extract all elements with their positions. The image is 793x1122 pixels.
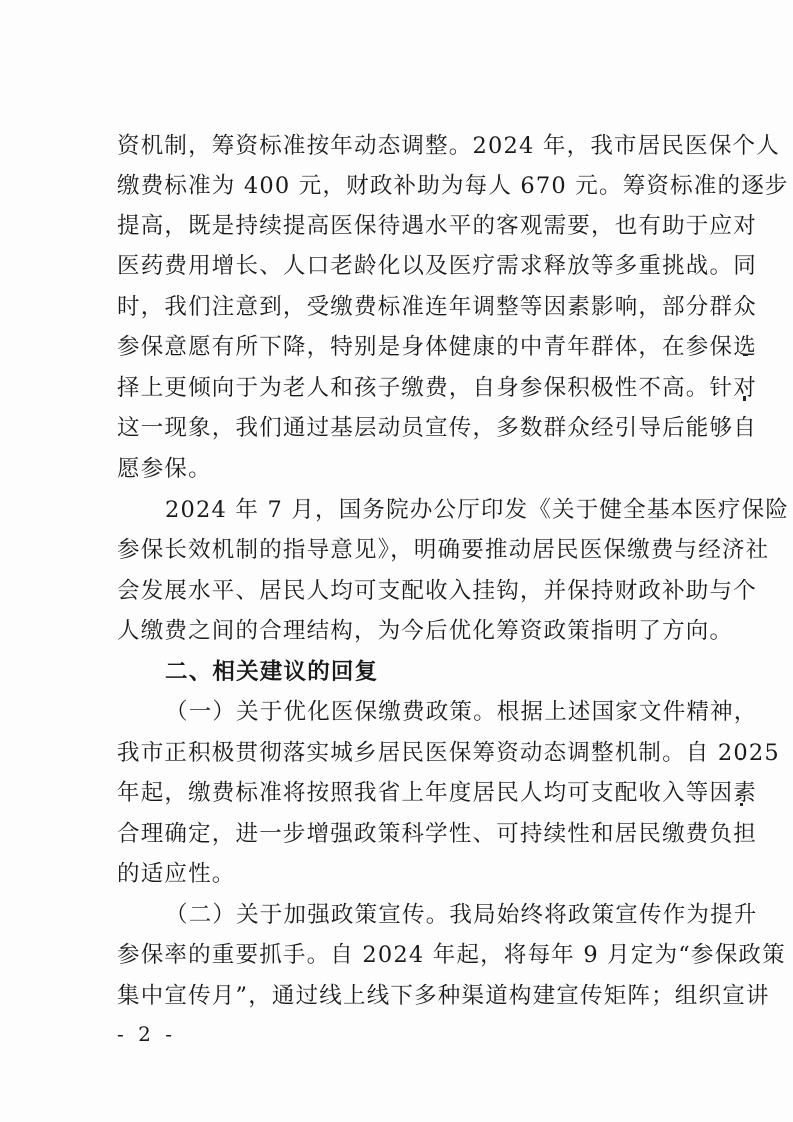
paragraph-line: 人缴费之间的合理结构，为今后优化筹资政策指明了方向。 — [117, 611, 702, 651]
paragraph-line: 参保率的重要抓手。自 2024 年起，将每年 9 月定为“参保政策 — [117, 935, 702, 975]
paragraph-line: 会发展水平、居民人均可支配收入挂钩，并保持财政补助与个 — [117, 571, 702, 611]
paragraph-line: 合理确定，进一步增强政策科学性、可持续性和居民缴费负担 — [117, 814, 702, 854]
paragraph-line: 缴费标准为 400 元，财政补助为每人 670 元。筹资标准的逐步 — [117, 166, 702, 206]
paragraph-line: 提高，既是持续提高医保待遇水平的客观需要，也有助于应对 — [117, 206, 702, 246]
section-heading: 二、相关建议的回复 — [165, 652, 702, 692]
paragraph-line: 资机制，筹资标准按年动态调整。2024 年，我市居民医保个人 — [117, 126, 702, 166]
paragraph-line: 的适应性。 — [117, 854, 702, 894]
paragraph-line: 医药费用增长、人口老龄化以及医疗需求释放等多重挑战。同 — [117, 246, 702, 286]
scan-mark — [743, 396, 746, 401]
paragraph-line: 集中宣传月”，通过线上线下多种渠道构建宣传矩阵；组织宣讲 — [117, 976, 702, 1016]
paragraph-line: 愿参保。 — [117, 449, 702, 489]
scan-mark — [740, 803, 743, 806]
paragraph-line: （二）关于加强政策宣传。我局始终将政策宣传作为提升 — [165, 895, 702, 935]
paragraph-line: 择上更倾向于为老人和孩子缴费，自身参保积极性不高。针对 — [117, 368, 702, 408]
scan-mark — [743, 354, 748, 356]
paragraph-line: 我市正积极贯彻落实城乡居民医保筹资动态调整机制。自 2025 — [117, 733, 702, 773]
paragraph-line: 年起，缴费标准将按照我省上年度居民人均可支配收入等因素 — [117, 773, 702, 813]
paragraph-line: 这一现象，我们通过基层动员宣传，多数群众经引导后能够自 — [117, 408, 702, 448]
paragraph-line: 参保意愿有所下降，特别是身体健康的中青年群体，在参保选 — [117, 327, 702, 367]
paragraph-line: 参保长效机制的指导意见》，明确要推动居民医保缴费与经济社 — [117, 530, 702, 570]
paragraph-line: （一）关于优化医保缴费政策。根据上述国家文件精神， — [165, 692, 702, 732]
page-number: - 2 - — [117, 1022, 176, 1046]
scan-mark — [739, 758, 742, 760]
document-page: 资机制，筹资标准按年动态调整。2024 年，我市居民医保个人 缴费标准为 400… — [0, 0, 793, 1122]
paragraph-line: 2024 年 7 月，国务院办公厅印发《关于健全基本医疗保险 — [165, 490, 702, 530]
paragraph-line: 时，我们注意到，受缴费标准连年调整等因素影响，部分群众 — [117, 287, 702, 327]
